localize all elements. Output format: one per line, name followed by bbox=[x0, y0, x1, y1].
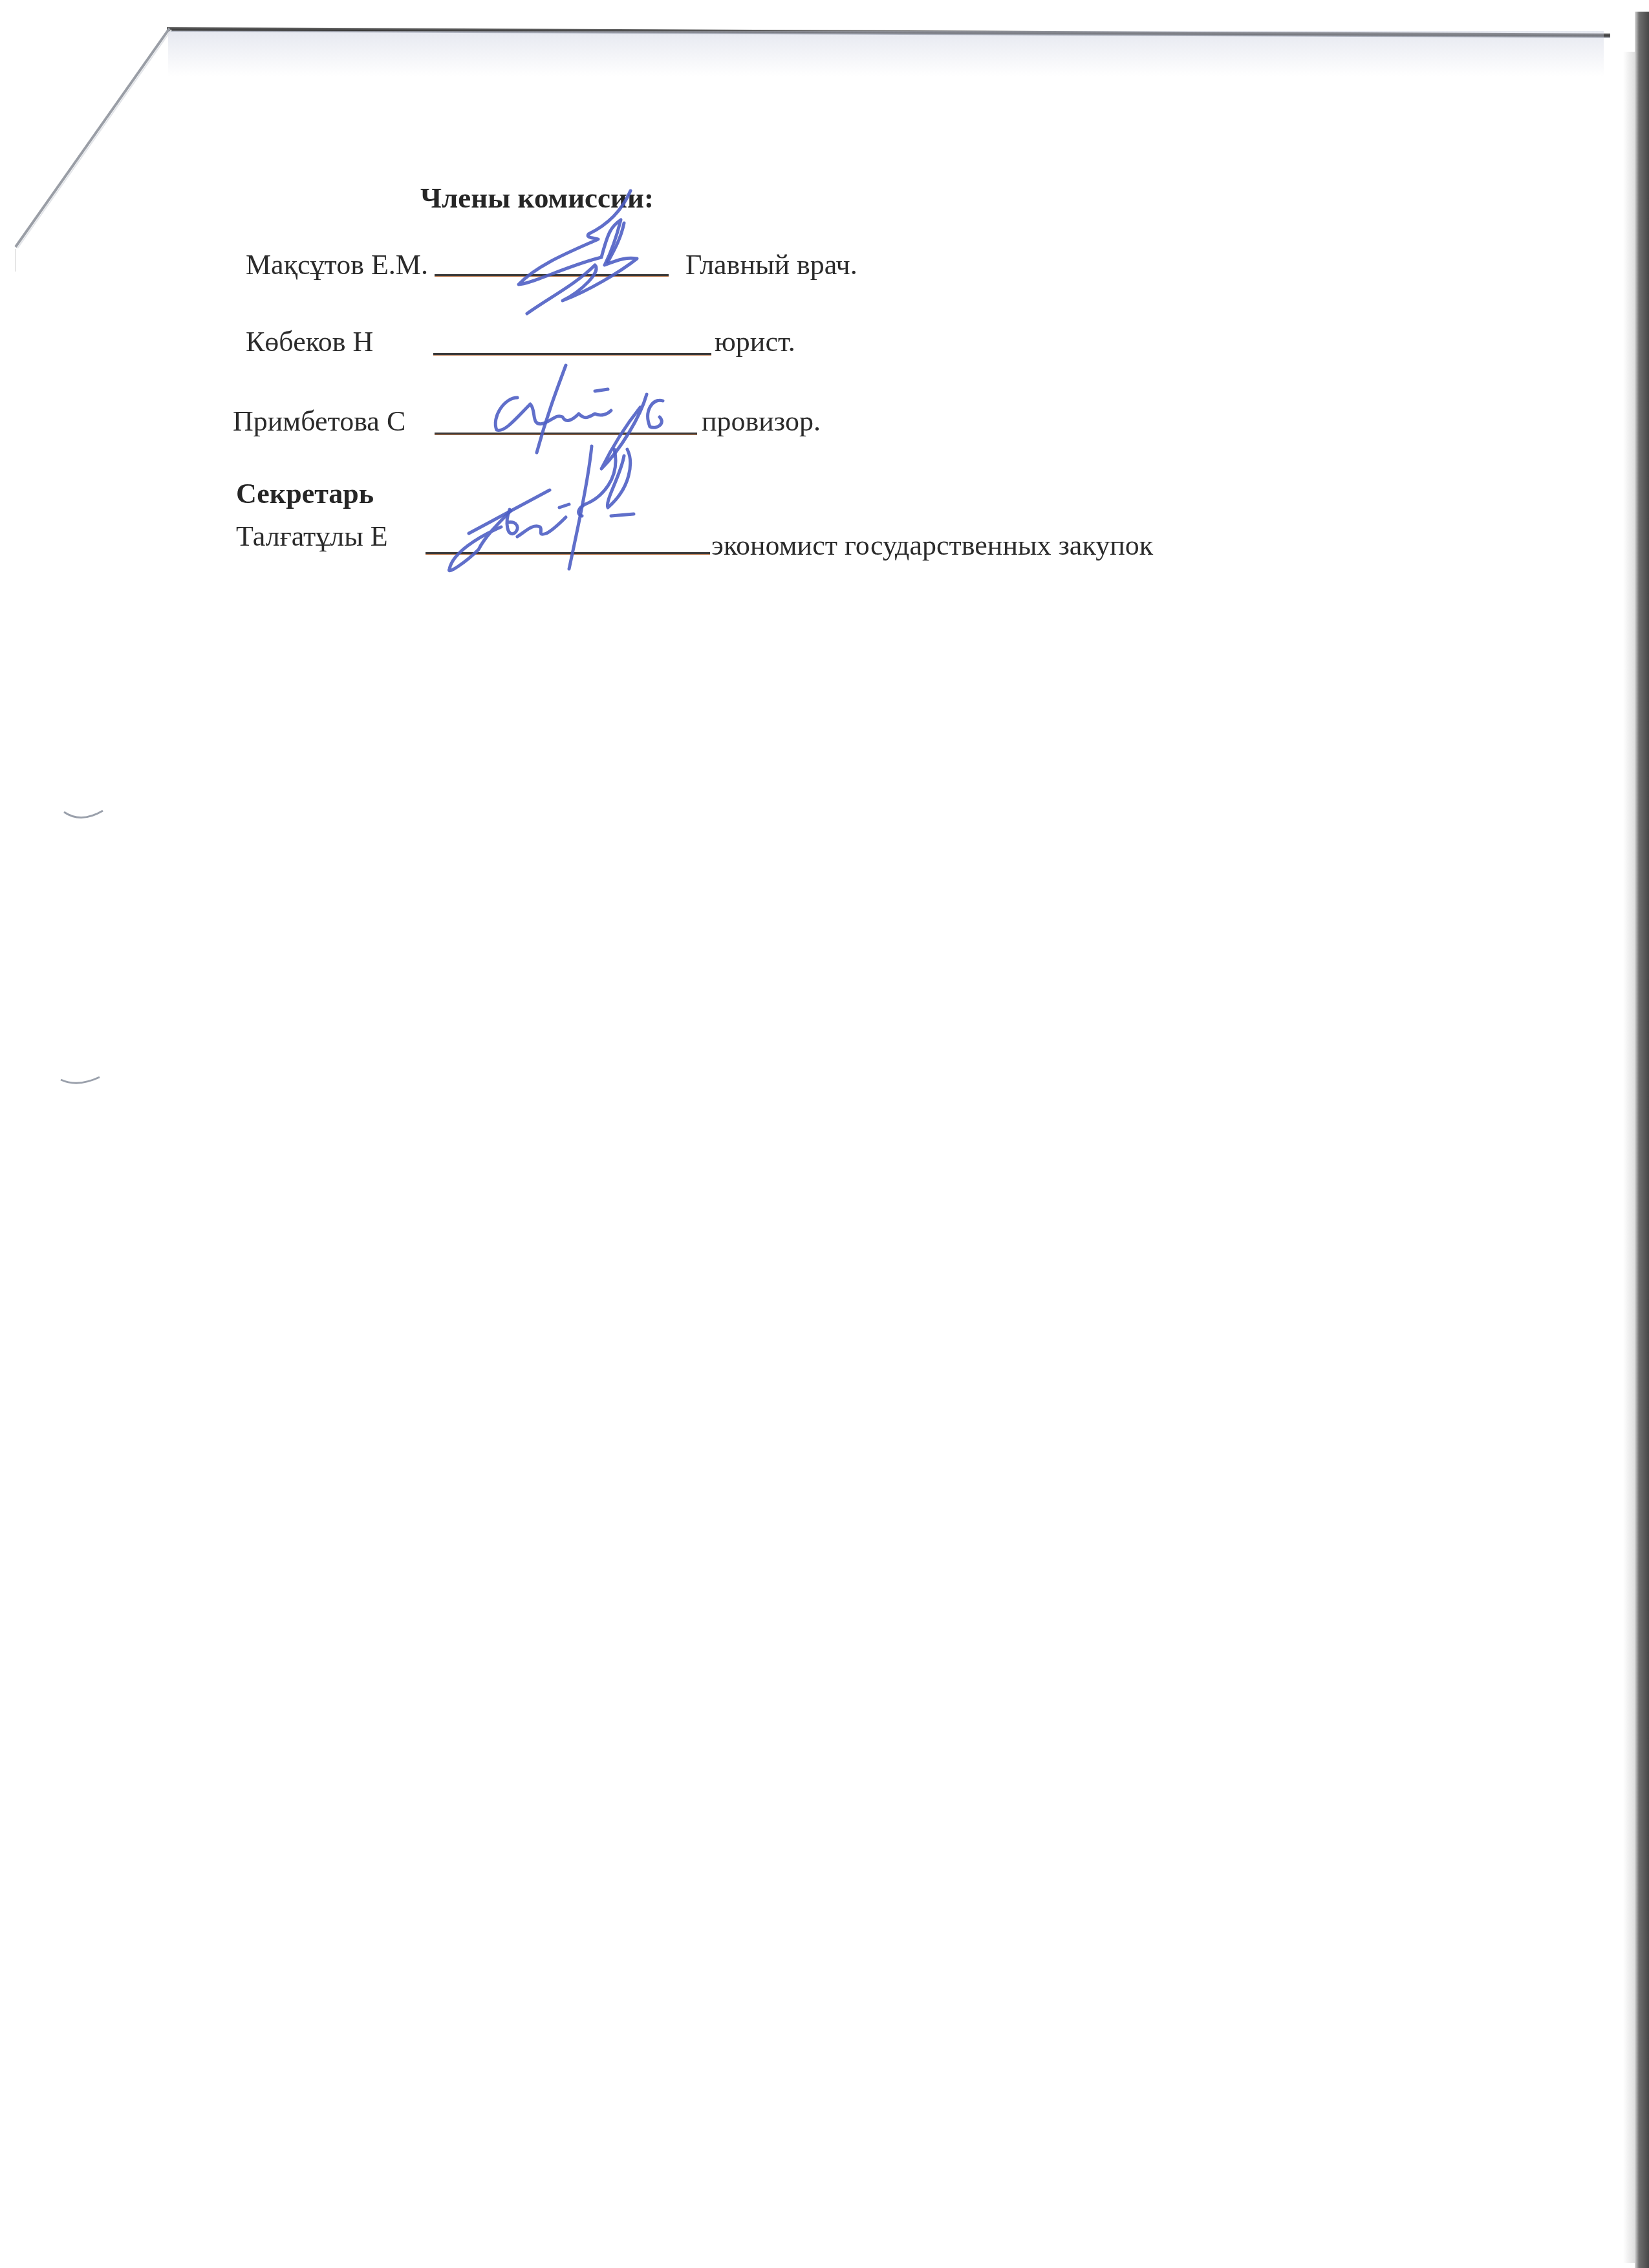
folded-corner-edge bbox=[0, 0, 207, 272]
secretary-name: Талғатұлы Е bbox=[236, 522, 388, 551]
member-role: Главный врач. bbox=[685, 251, 857, 279]
signature-line bbox=[433, 353, 711, 356]
punch-hole-mark-upper bbox=[61, 808, 107, 828]
member-name: Примбетова С bbox=[233, 407, 405, 436]
signature-maksutov bbox=[491, 187, 647, 323]
secretary-role: экономист государственных закупок bbox=[711, 531, 1153, 560]
page-top-tint bbox=[168, 31, 1604, 76]
punch-hole-mark-lower bbox=[58, 1073, 103, 1093]
member-name: Көбеков Н bbox=[246, 328, 373, 356]
secretary-label: Секретарь bbox=[236, 480, 374, 508]
member-role: юрист. bbox=[715, 328, 795, 356]
member-name: Мақсұтов Е.М. bbox=[246, 251, 428, 279]
signature-talgatuly bbox=[440, 440, 647, 582]
member-role: провизор. bbox=[702, 407, 821, 436]
scanner-edge-strip bbox=[1635, 12, 1649, 2268]
page-edge-shadow bbox=[1623, 52, 1635, 2263]
